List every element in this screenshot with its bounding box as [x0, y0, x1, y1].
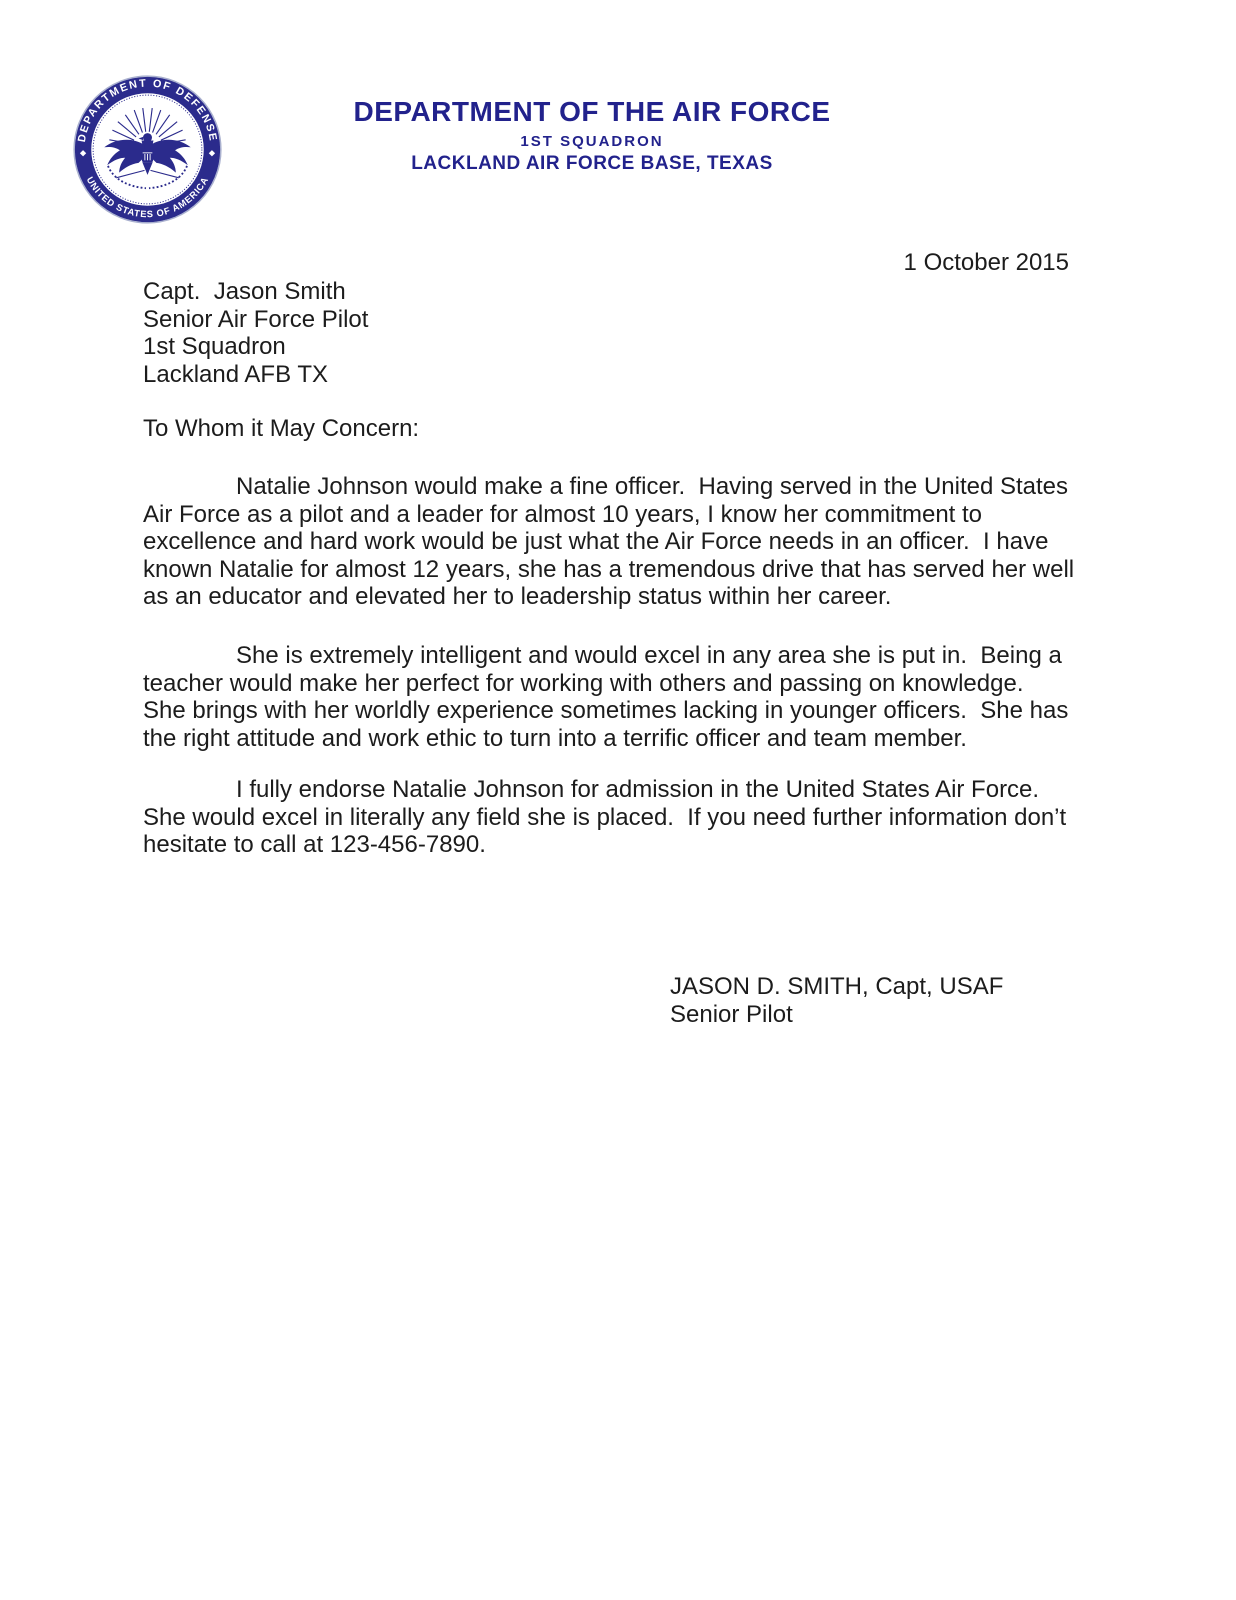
recipient-address-block: Capt. Jason Smith Senior Air Force Pilot… [143, 278, 368, 388]
body-paragraph-2: She is extremely intelligent and would e… [143, 642, 1143, 752]
letterhead-title: DEPARTMENT OF THE AIR FORCE [2, 97, 1182, 127]
body-paragraph-1: Natalie Johnson would make a fine office… [143, 473, 1143, 611]
letter-date: 1 October 2015 [143, 249, 1093, 277]
letterhead-squadron: 1ST SQUADRON [2, 133, 1182, 150]
letterhead-base: LACKLAND AIR FORCE BASE, TEXAS [2, 153, 1182, 174]
signature-block: JASON D. SMITH, Capt, USAF Senior Pilot [670, 973, 1003, 1028]
body-paragraph-3: I fully endorse Natalie Johnson for admi… [143, 776, 1143, 859]
letterhead: DEPARTMENT OF THE AIR FORCE 1ST SQUADRON… [2, 97, 1182, 174]
salutation: To Whom it May Concern: [143, 415, 419, 443]
letter-page: DEPARTMENT OF DEFENSE UNITED STATES OF A… [0, 0, 1236, 1600]
